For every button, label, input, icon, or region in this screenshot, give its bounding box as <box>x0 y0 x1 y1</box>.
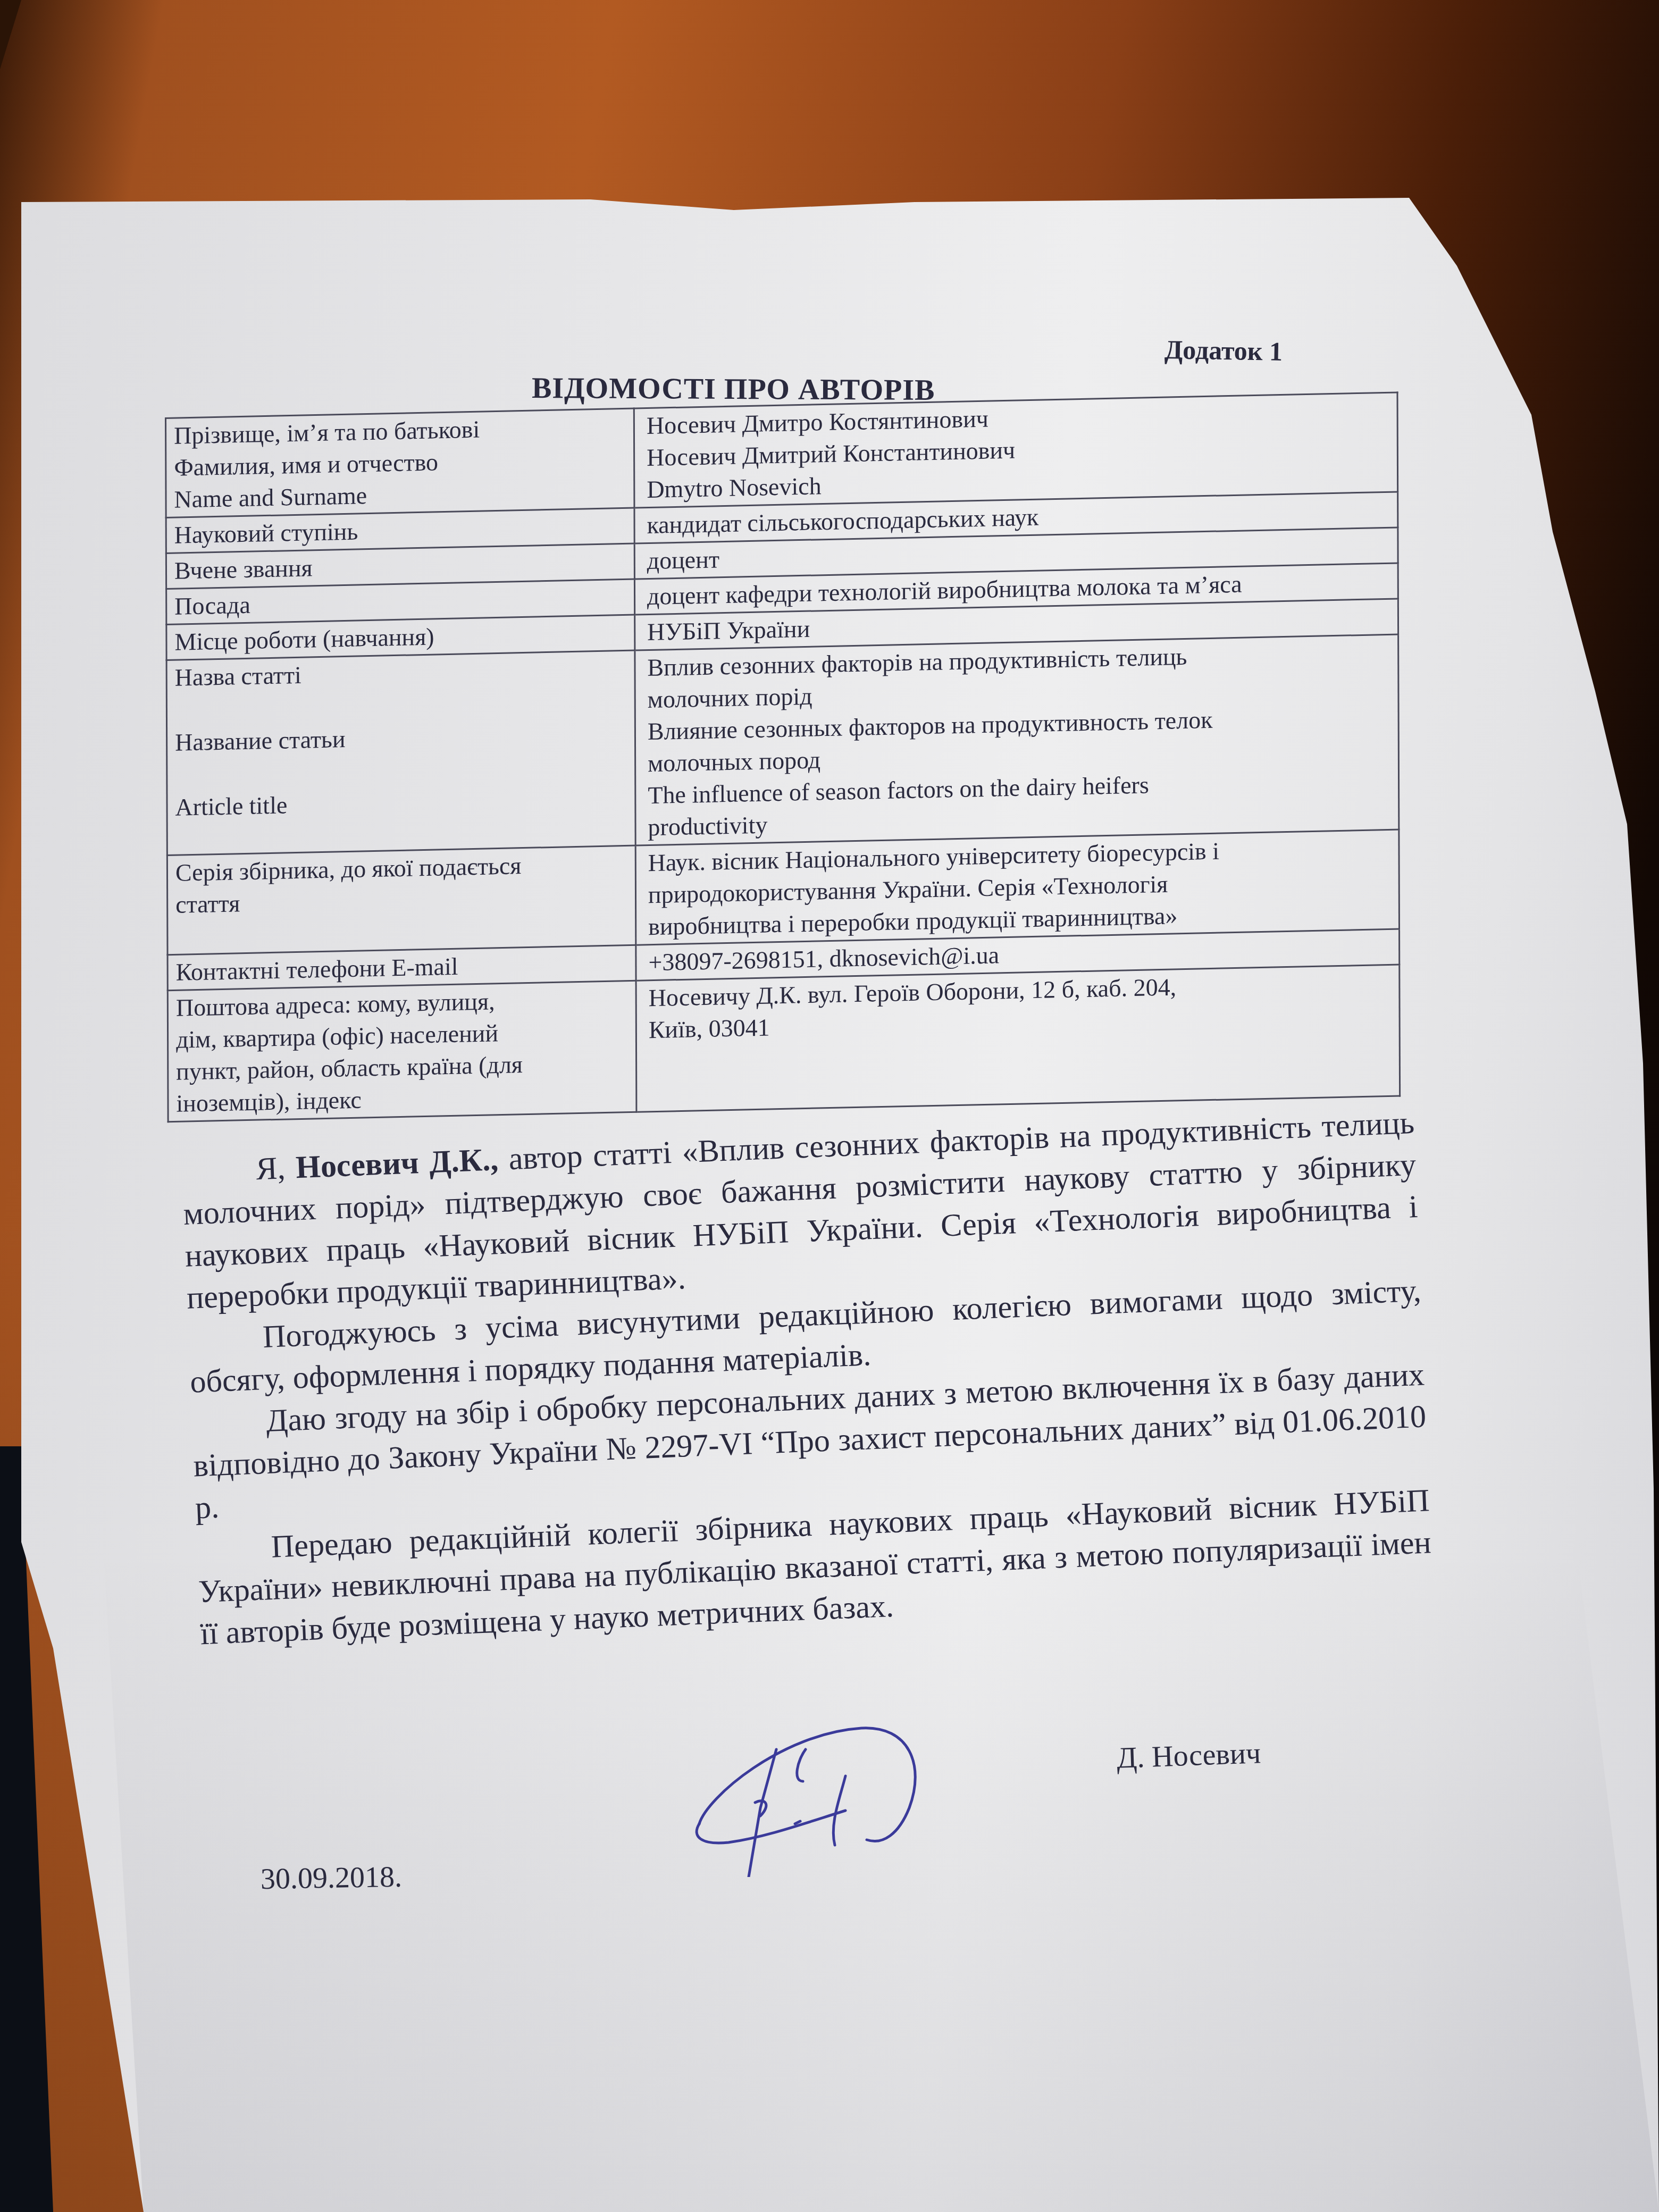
row-value: Наук. вісник Національного університету … <box>635 829 1399 945</box>
handwritten-signature-icon <box>686 1717 962 1877</box>
signature-date: 30.09.2018. <box>260 1860 402 1897</box>
row-label: Поштова адреса: кому, вулиця, дім, кварт… <box>167 981 636 1121</box>
table-row-postal-address: Поштова адреса: кому, вулиця, дім, кварт… <box>167 965 1400 1122</box>
row-value: Носевичу Д.К. вул. Героїв Оборони, 12 б,… <box>636 965 1400 1112</box>
row-label: Серія збірника, до якої подається стаття <box>167 845 635 954</box>
table-row-article-title: Назва статті Название статьи Article tit… <box>166 634 1399 856</box>
consent-statement: Я, Носевич Д.К., автор статті «Вплив сез… <box>181 1102 1434 1655</box>
appendix-label: Додаток 1 <box>1164 334 1283 367</box>
document-title: ВІДОМОСТІ ПРО АВТОРІВ <box>532 371 935 407</box>
author-name-bold: Носевич Д.К., <box>295 1142 499 1185</box>
row-value: Носевич Дмитро Костянтинович Носевич Дми… <box>634 392 1397 508</box>
row-value: Вплив сезонних факторів на продуктивніст… <box>635 634 1399 845</box>
row-label: Прізвище, ім’я та по батькові Фамилия, и… <box>166 408 634 517</box>
paragraph-prefix: Я, <box>255 1150 296 1186</box>
row-label: Назва статті Название статьи Article tit… <box>166 650 635 856</box>
author-info-table: Прізвище, ім’я та по батькові Фамилия, и… <box>165 391 1401 1122</box>
document: Додаток 1 ВІДОМОСТІ ПРО АВТОРІВ Прізвище… <box>0 0 1659 2212</box>
signer-name: Д. Носевич <box>1116 1736 1261 1775</box>
